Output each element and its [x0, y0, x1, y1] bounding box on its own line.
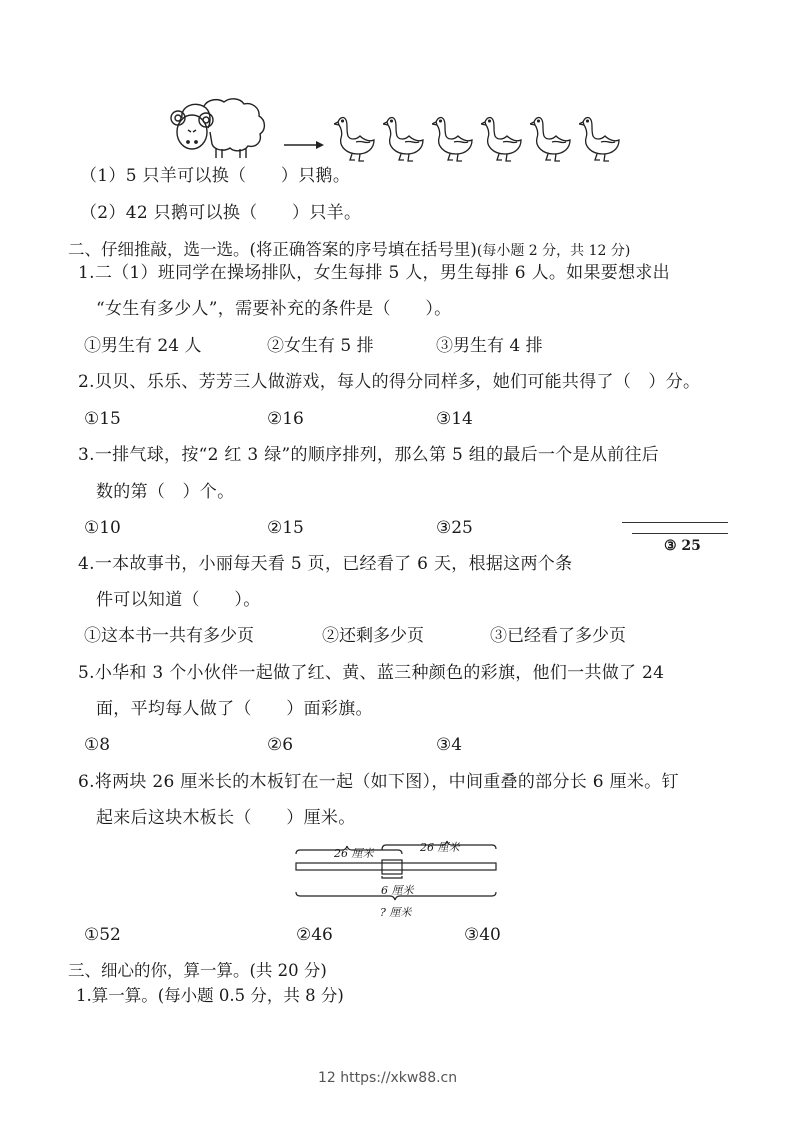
annotation-line-1 [622, 522, 728, 523]
question-1-line2: “女生有多少人”，需要补充的条件是（ ）。 [96, 299, 451, 319]
question-4-line1: 4.一本故事书，小丽每天看 5 页，已经看了 6 天，根据这两个条 [78, 554, 572, 574]
goose-icon [579, 114, 621, 164]
q3-option-2: ②15 [267, 518, 304, 538]
question-6-line1: 6.将两块 26 厘米长的木板钉在一起（如下图），中间重叠的部分长 6 厘米。钉 [78, 772, 679, 792]
left-board-label: 26 厘米 [334, 845, 374, 861]
q5-option-3: ③4 [436, 735, 462, 755]
total-length-label: ? 厘米 [380, 904, 411, 920]
q2-option-2: ②16 [267, 409, 304, 429]
q4-option-2: ②还剩多少页 [322, 626, 424, 646]
question-2-line1: 2.贝贝、乐乐、芳芳三人做游戏，每人的得分同样多，她们可能共得了（ ）分。 [78, 372, 700, 392]
question-6-line2: 起来后这块木板长（ ）厘米。 [96, 808, 356, 828]
q3-option-3: ③25 [436, 518, 473, 538]
section2-score-note: (每小题 2 分，共 12 分) [477, 243, 630, 259]
q2-option-3: ③14 [436, 409, 473, 429]
question-5-line1: 5.小华和 3 个小伙伴一起做了红、黄、蓝三种颜色的彩旗，他们一共做了 24 [78, 663, 664, 683]
annotation-text: ③ 25 [664, 538, 701, 554]
q4-option-1: ①这本书一共有多少页 [84, 626, 254, 646]
subquestion-1: （1）5 只羊可以换（ ）只鹅。 [80, 166, 350, 186]
q6-option-1: ①52 [84, 925, 121, 945]
question-1-line1: 1.二（1）班同学在操场排队，女生每排 5 人，男生每排 6 人。如果要想求出 [78, 263, 670, 283]
annotation-line-2 [632, 533, 728, 534]
q1-option-2: ②女生有 5 排 [267, 336, 374, 356]
q5-option-1: ①8 [84, 735, 110, 755]
section2-heading: 二、仔细推敲，选一选。(将正确答案的序号填在括号里)(每小题 2 分，共 12 … [68, 240, 630, 261]
arrow-right-icon [284, 140, 324, 150]
subquestion-2: （2）42 只鹅可以换（ ）只羊。 [80, 203, 361, 223]
goose-icon [481, 114, 523, 164]
q3-option-1: ①10 [84, 518, 121, 538]
q1-option-3: ③男生有 4 排 [436, 336, 543, 356]
goose-icon [530, 114, 572, 164]
goose-icon [334, 114, 376, 164]
q5-option-2: ②6 [267, 735, 293, 755]
question-5-line2: 面，平均每人做了（ ）面彩旗。 [96, 699, 373, 719]
overlap-label: 6 厘米 [381, 882, 414, 898]
q6-option-3: ③40 [464, 925, 501, 945]
question-3-line1: 3.一排气球，按“2 红 3 绿”的顺序排列，那么第 5 组的最后一个是从前往后 [78, 445, 659, 465]
section3-heading: 三、细心的你，算一算。(共 20 分) [68, 961, 327, 981]
sheep-icon [166, 96, 270, 160]
q2-option-1: ①15 [84, 409, 121, 429]
q6-option-2: ②46 [296, 925, 333, 945]
question-4-line2: 件可以知道（ ）。 [96, 590, 261, 610]
goose-icon [432, 114, 474, 164]
goose-icon [383, 114, 425, 164]
section3-sub1: 1.算一算。(每小题 0.5 分，共 8 分) [76, 986, 344, 1006]
q4-option-3: ③已经看了多少页 [490, 626, 626, 646]
page-footer: 12 https://xkw88.cn [318, 1070, 457, 1086]
question-3-line2: 数的第（ ）个。 [96, 482, 234, 502]
right-board-label: 26 厘米 [420, 839, 460, 855]
q1-option-1: ①男生有 24 人 [84, 336, 201, 356]
